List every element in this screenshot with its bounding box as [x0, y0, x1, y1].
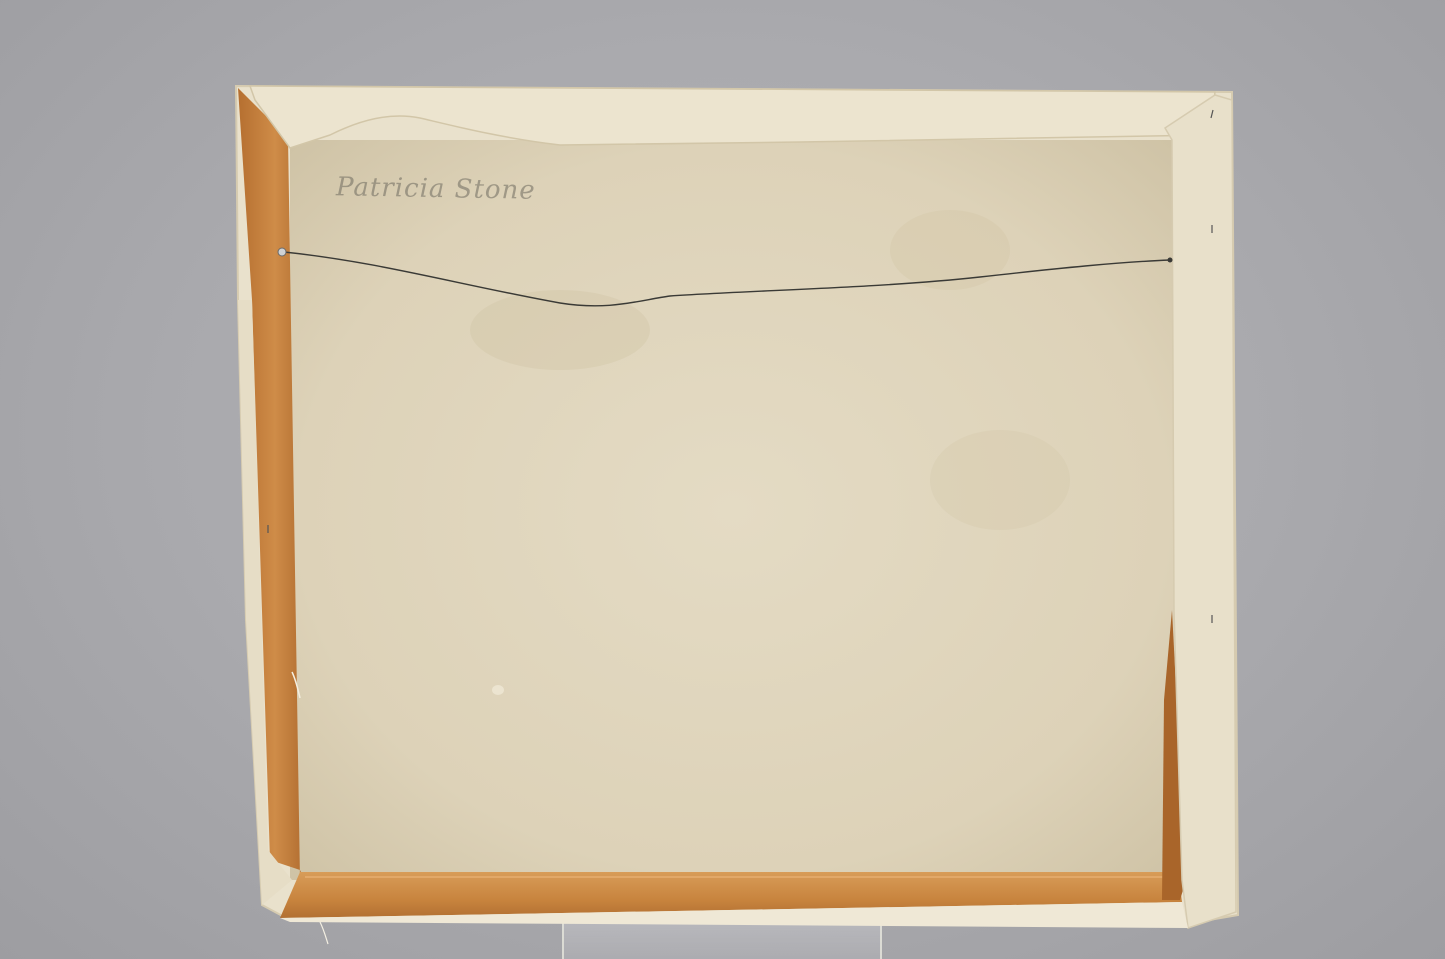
- artist-signature: Patricia Stone: [336, 172, 536, 205]
- canvas-illustration: [0, 0, 1445, 959]
- canvas-back: Patricia Stone: [0, 0, 1445, 959]
- eye-hook: [278, 248, 286, 256]
